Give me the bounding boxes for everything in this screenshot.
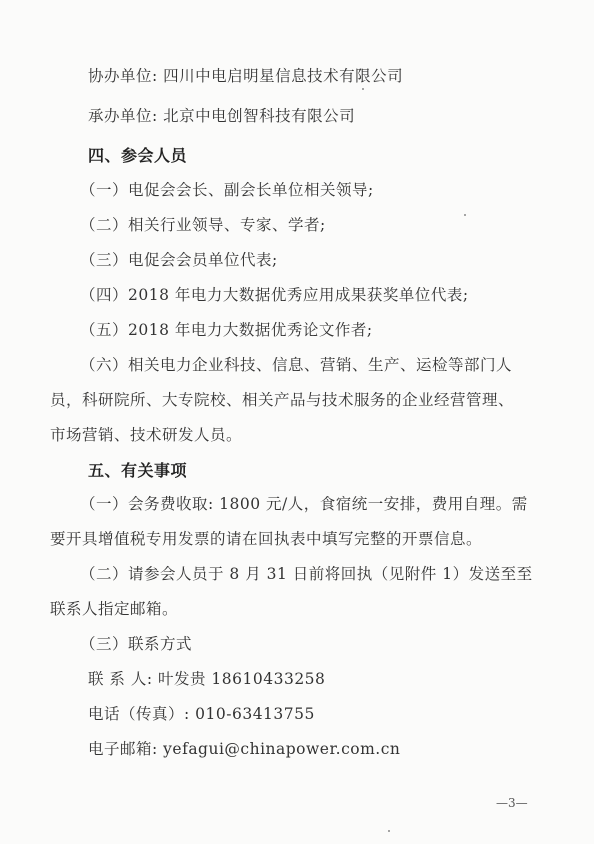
page-number: —3— bbox=[496, 796, 528, 810]
contact-email: 电子邮箱: yefagui@chinapower.com.cn bbox=[88, 737, 400, 759]
attendee-item-6-line1: （六）相关电力企业科技、信息、营销、生产、运检等部门人 bbox=[80, 353, 512, 375]
contact-person: 联 系 人: 叶发贵 18610433258 bbox=[88, 667, 325, 689]
host-organizer-value: 北京中电创智科技有限公司 bbox=[163, 107, 355, 125]
contact-heading: （三）联系方式 bbox=[80, 632, 192, 654]
document-page: 协办单位: 四川中电启明星信息技术有限公司 承办单位: 北京中电创智科技有限公司… bbox=[0, 0, 594, 844]
attendee-item-5: （五）2018 年电力大数据优秀论文作者; bbox=[80, 318, 373, 340]
host-organizer-label: 承办单位: bbox=[88, 107, 158, 125]
reply-item-line2: 联系人指定邮箱。 bbox=[50, 597, 178, 619]
attendee-item-6-line2: 员，科研院所、大专院校、相关产品与技术服务的企业经营管理、 bbox=[50, 388, 514, 410]
scan-speck bbox=[388, 830, 390, 832]
host-organizer-line: 承办单位: 北京中电创智科技有限公司 bbox=[88, 104, 355, 126]
attendee-item-6-line3: 市场营销、技术研发人员。 bbox=[50, 423, 242, 445]
fee-item-line1: （一）会务费收取: 1800 元/人，食宿统一安排，费用自理。需 bbox=[80, 492, 528, 514]
attendee-item-2: （二）相关行业领导、专家、学者; bbox=[80, 213, 326, 235]
scan-speck bbox=[464, 214, 466, 216]
co-organizer-label: 协办单位: bbox=[88, 67, 158, 85]
co-organizer-line: 协办单位: 四川中电启明星信息技术有限公司 bbox=[88, 64, 403, 86]
section4-heading: 四、参会人员 bbox=[88, 143, 187, 166]
reply-item-line1: （二）请参会人员于 8 月 31 日前将回执（见附件 1）发送至至 bbox=[80, 562, 533, 584]
contact-phone: 电话（传真）: 010-63413755 bbox=[88, 702, 315, 724]
co-organizer-value: 四川中电启明星信息技术有限公司 bbox=[163, 67, 403, 85]
section5-heading: 五、有关事项 bbox=[88, 458, 187, 481]
attendee-item-3: （三）电促会会员单位代表; bbox=[80, 248, 278, 270]
attendee-item-4: （四）2018 年电力大数据优秀应用成果获奖单位代表; bbox=[80, 283, 469, 305]
fee-item-line2: 要开具增值税专用发票的请在回执表中填写完整的开票信息。 bbox=[50, 527, 482, 549]
scan-speck bbox=[362, 88, 364, 90]
attendee-item-1: （一）电促会会长、副会长单位相关领导; bbox=[80, 178, 374, 200]
